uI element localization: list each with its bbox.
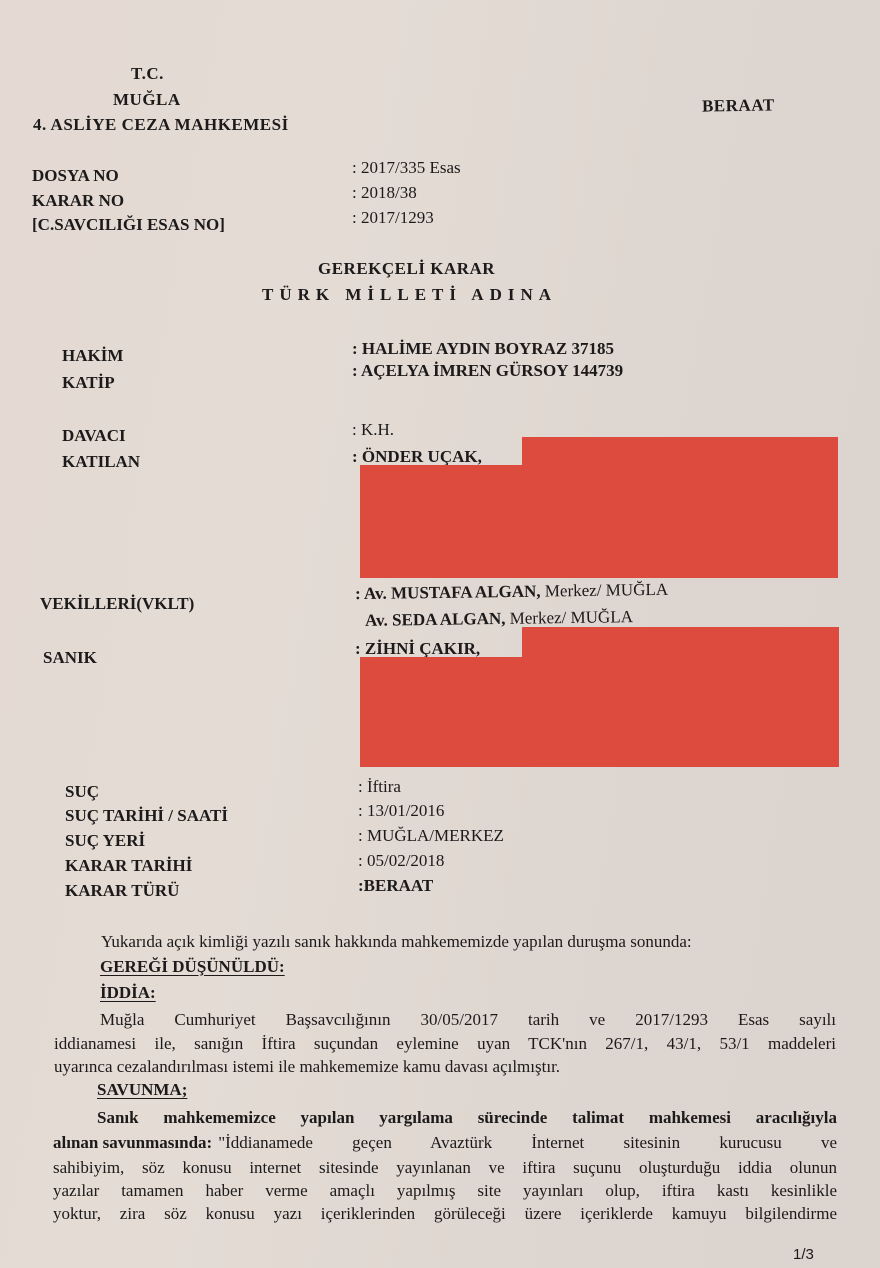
- doc-title: GEREKÇELİ KARAR: [318, 259, 495, 279]
- crime-label: SUÇ: [65, 782, 99, 802]
- intervener-label: KATILAN: [62, 452, 140, 472]
- indictment-line-2: iddianamesi ile, sanığın İftira suçundan…: [54, 1031, 836, 1057]
- decision-type-value: :BERAAT: [358, 876, 433, 896]
- redaction-block: [360, 657, 839, 767]
- heading-defense: SAVUNMA;: [97, 1080, 187, 1100]
- attorney-1-name: : Av. MUSTAFA ALGAN,: [355, 582, 541, 604]
- defense-line-5: yoktur, zira söz konusu yazı içeriklerin…: [53, 1201, 837, 1227]
- doc-subtitle: TÜRK MİLLETİ ADINA: [262, 285, 557, 305]
- attorney-1: : Av. MUSTAFA ALGAN, Merkez/ MUĞLA: [355, 580, 668, 604]
- attorney-1-location: Merkez/ MUĞLA: [540, 580, 668, 601]
- header-court-name: 4. ASLİYE CEZA MAHKEMESİ: [33, 115, 289, 135]
- crime-place-label: SUÇ YERİ: [65, 831, 145, 851]
- defendant-value: : ZİHNİ ÇAKIR,: [355, 639, 480, 659]
- plaintiff-value: : K.H.: [352, 420, 394, 440]
- redaction-block: [360, 465, 838, 578]
- attorney-2-name: Av. SEDA ALGAN,: [365, 609, 506, 630]
- intro-text: Yukarıda açık kimliği yazılı sanık hakkı…: [101, 932, 692, 952]
- clerk-label: KATİP: [62, 373, 115, 393]
- file-no-value: : 2017/335 Esas: [352, 158, 461, 178]
- crime-place-value: : MUĞLA/MERKEZ: [358, 826, 504, 846]
- decision-type-label: KARAR TÜRÜ: [65, 881, 179, 901]
- attorneys-label: VEKİLLERİ(VKLT): [40, 594, 194, 614]
- defense-line-2: alınan savunmasında: "İddianamede geçen …: [53, 1130, 837, 1156]
- court-decision-page: T.C. MUĞLA 4. ASLİYE CEZA MAHKEMESİ BERA…: [0, 0, 880, 1268]
- plaintiff-label: DAVACI: [62, 426, 126, 446]
- clerk-value: : AÇELYA İMREN GÜRSOY 144739: [352, 361, 623, 381]
- decision-date-label: KARAR TARİHİ: [65, 856, 192, 876]
- defense-line-1: Sanık mahkememizce yapılan yargılama sür…: [97, 1105, 837, 1131]
- crime-value: : İftira: [358, 777, 401, 797]
- verdict-badge: BERAAT: [702, 95, 775, 116]
- attorney-2-location: Merkez/ MUĞLA: [505, 607, 633, 628]
- prosecutor-no-value: : 2017/1293: [352, 208, 434, 228]
- indictment-line-1: Muğla Cumhuriyet Başsavcılığının 30/05/2…: [100, 1007, 836, 1033]
- redaction-block: [522, 437, 838, 467]
- heading-considered: GEREĞİ DÜŞÜNÜLDÜ:: [100, 957, 285, 977]
- indictment-line-3: uyarınca cezalandırılması istemi ile mah…: [54, 1057, 560, 1077]
- header-tc: T.C.: [131, 64, 164, 84]
- header-city: MUĞLA: [113, 90, 181, 110]
- intervener-value: : ÖNDER UÇAK,: [352, 447, 482, 467]
- judge-value: : HALİME AYDIN BOYRAZ 37185: [352, 339, 614, 359]
- redaction-block: [522, 627, 839, 659]
- defendant-label: SANIK: [43, 648, 97, 668]
- crime-date-value: : 13/01/2016: [358, 801, 444, 821]
- prosecutor-no-label: [C.SAVCILIĞI ESAS NO]: [32, 215, 225, 235]
- heading-indictment: İDDİA:: [100, 983, 156, 1003]
- page-number: 1/3: [793, 1246, 814, 1263]
- decision-date-value: : 05/02/2018: [358, 851, 444, 871]
- decision-no-value: : 2018/38: [352, 183, 417, 203]
- decision-no-label: KARAR NO: [32, 191, 124, 211]
- file-no-label: DOSYA NO: [32, 166, 119, 186]
- defense-line-2-bold: alınan savunmasında:: [53, 1130, 212, 1156]
- crime-date-label: SUÇ TARİHİ / SAATİ: [65, 806, 228, 826]
- judge-label: HAKİM: [62, 346, 123, 366]
- defense-line-2-rest: "İddianamede geçen Avaztürk İnternet sit…: [218, 1130, 837, 1156]
